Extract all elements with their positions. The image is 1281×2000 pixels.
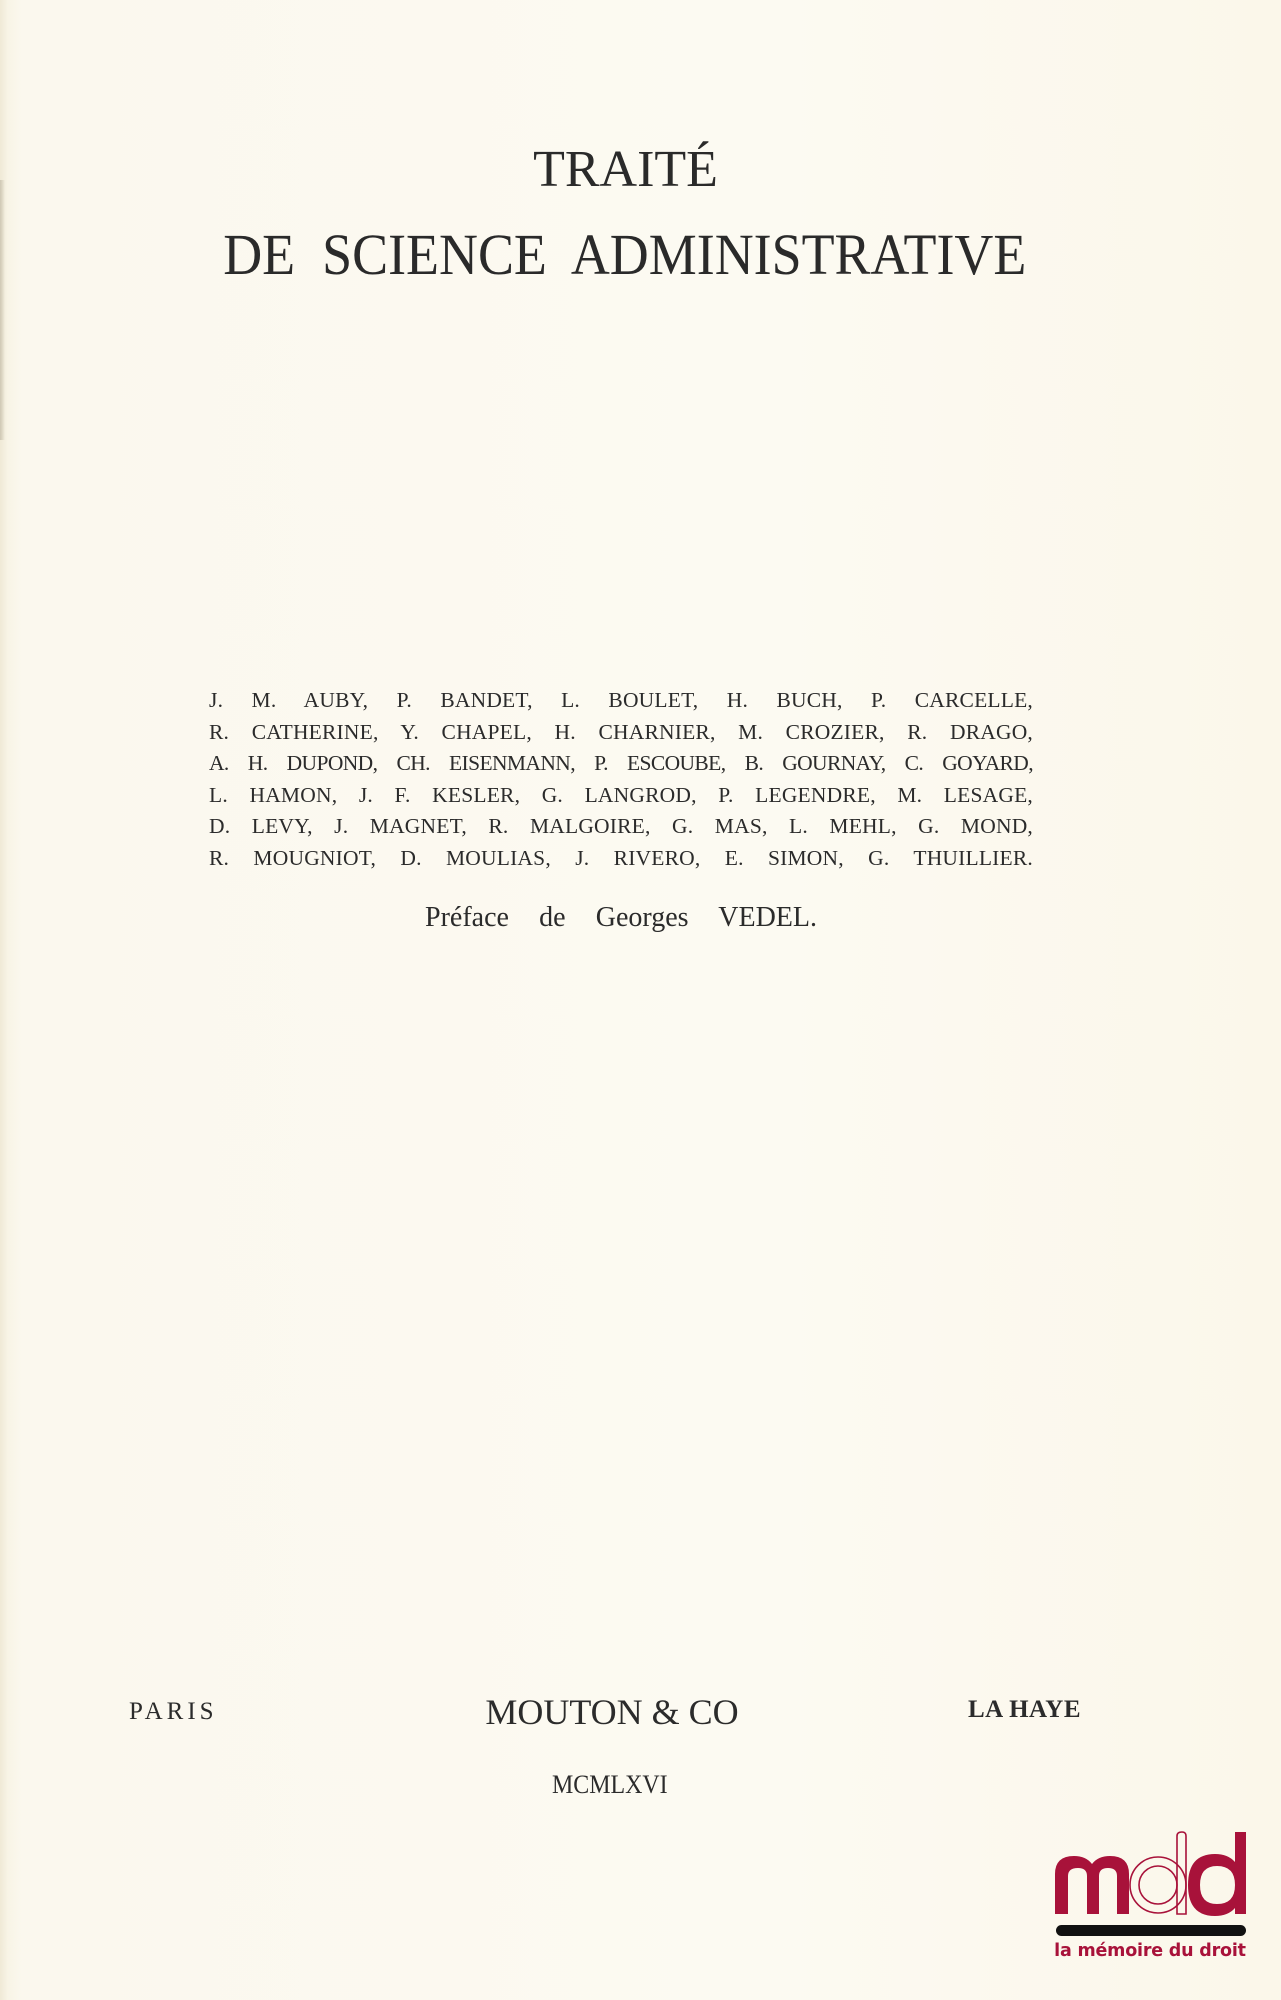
title-science-administrative: DE SCIENCE ADMINISTRATIVE (223, 222, 1026, 288)
imprint-publisher: MOUTON & CO (466, 1688, 758, 1736)
title-line-1: TRAITÉ (0, 140, 1281, 200)
author-line: R. CATHERINE, Y. CHAPEL, H. CHARNIER, M.… (209, 717, 1033, 749)
author-line: J. M. AUBY, P. BANDET, L. BOULET, H. BUC… (209, 685, 1033, 717)
author-line: D. LEVY, J. MAGNET, R. MALGOIRE, G. MAS,… (209, 811, 1033, 843)
title-line-2: DE SCIENCE ADMINISTRATIVE (170, 222, 1080, 288)
author-line: A. H. DUPOND, CH. EISENMANN, P. ESCOUBE,… (209, 748, 1033, 780)
imprint-year: MCMLXVI (542, 1766, 678, 1804)
title-traite: TRAITÉ (533, 140, 718, 200)
imprint-year-text: MCMLXVI (552, 1766, 668, 1804)
preface-credit: Préface de Georges VEDEL. (425, 898, 817, 938)
mdd-letters-icon (1052, 1830, 1248, 1916)
page-edge-shadow (0, 180, 5, 440)
book-title-page: TRAITÉ DE SCIENCE ADMINISTRATIVE J. M. A… (0, 0, 1281, 2000)
logo-tagline: la mémoire du droit (1052, 1941, 1248, 1961)
author-line: R. MOUGNIOT, D. MOULIAS, J. RIVERO, E. S… (209, 843, 1033, 875)
logo-divider-bar (1056, 1925, 1246, 1936)
imprint-city-paris: PARIS (129, 1692, 218, 1732)
author-line: L. HAMON, J. F. KESLER, G. LANGROD, P. L… (209, 780, 1033, 812)
authors-list: J. M. AUBY, P. BANDET, L. BOULET, H. BUC… (209, 685, 1033, 875)
imprint-city-la-haye: LA HAYE (968, 1692, 1081, 1728)
mdd-logo: la mémoire du droit (1052, 1830, 1248, 1970)
